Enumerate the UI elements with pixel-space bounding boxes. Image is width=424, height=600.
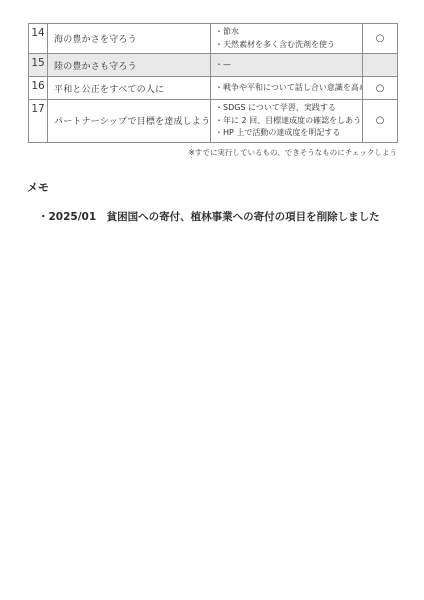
memo-item: ・2025/01 貧困国への寄付、植林事業への寄付の項目を削除しました [38, 209, 407, 224]
actions-cell: ・SDGS について学習、実践する ・年に 2 回、目標達成度の確認をしあう ・… [211, 100, 363, 143]
check-cell [363, 54, 398, 77]
goal-cell: 平和と公正をすべての人に [48, 77, 211, 100]
action-line: ・年に 2 回、目標達成度の確認をしあう [215, 115, 361, 128]
table-row: 17 パートナーシップで目標を達成しよう ・SDGS について学習、実践する ・… [29, 100, 398, 143]
table-row: 14 海の豊かさを守ろう ・節水 ・天然素材を多く含む洗剤を使う ○ [29, 24, 398, 54]
document-page: 14 海の豊かさを守ろう ・節水 ・天然素材を多く含む洗剤を使う ○ 15 陸の… [0, 0, 424, 600]
table-footnote: ※すでに実行しているもの、できそうなものにチェックしよう [28, 147, 397, 158]
actions-cell: ・節水 ・天然素材を多く含む洗剤を使う [211, 24, 363, 54]
goal-cell: 海の豊かさを守ろう [48, 24, 211, 54]
action-line: ・天然素材を多く含む洗剤を使う [215, 39, 361, 52]
action-line: ・HP 上で活動の達成度を明記する [215, 127, 361, 140]
row-number: 16 [29, 77, 48, 100]
row-number: 14 [29, 24, 48, 54]
table-row: 15 陸の豊かさも守ろう ・— [29, 54, 398, 77]
action-line: ・節水 [215, 26, 361, 39]
table-row: 16 平和と公正をすべての人に ・戦争や平和について話し合い意識を高める ○ [29, 77, 398, 100]
row-number: 17 [29, 100, 48, 143]
row-number: 15 [29, 54, 48, 77]
check-cell: ○ [363, 100, 398, 143]
action-line: ・SDGS について学習、実践する [215, 102, 361, 115]
check-cell: ○ [363, 77, 398, 100]
actions-cell: ・戦争や平和について話し合い意識を高める [211, 77, 363, 100]
actions-cell: ・— [211, 54, 363, 77]
action-line: ・— [215, 59, 361, 72]
goal-cell: 陸の豊かさも守ろう [48, 54, 211, 77]
memo-title: メモ [27, 179, 407, 195]
sdgs-table-section: 14 海の豊かさを守ろう ・節水 ・天然素材を多く含む洗剤を使う ○ 15 陸の… [28, 23, 397, 158]
action-line: ・戦争や平和について話し合い意識を高める [215, 82, 361, 95]
sdgs-table: 14 海の豊かさを守ろう ・節水 ・天然素材を多く含む洗剤を使う ○ 15 陸の… [28, 23, 398, 143]
check-cell: ○ [363, 24, 398, 54]
memo-section: メモ ・2025/01 貧困国への寄付、植林事業への寄付の項目を削除しました [27, 179, 407, 224]
goal-cell: パートナーシップで目標を達成しよう [48, 100, 211, 143]
